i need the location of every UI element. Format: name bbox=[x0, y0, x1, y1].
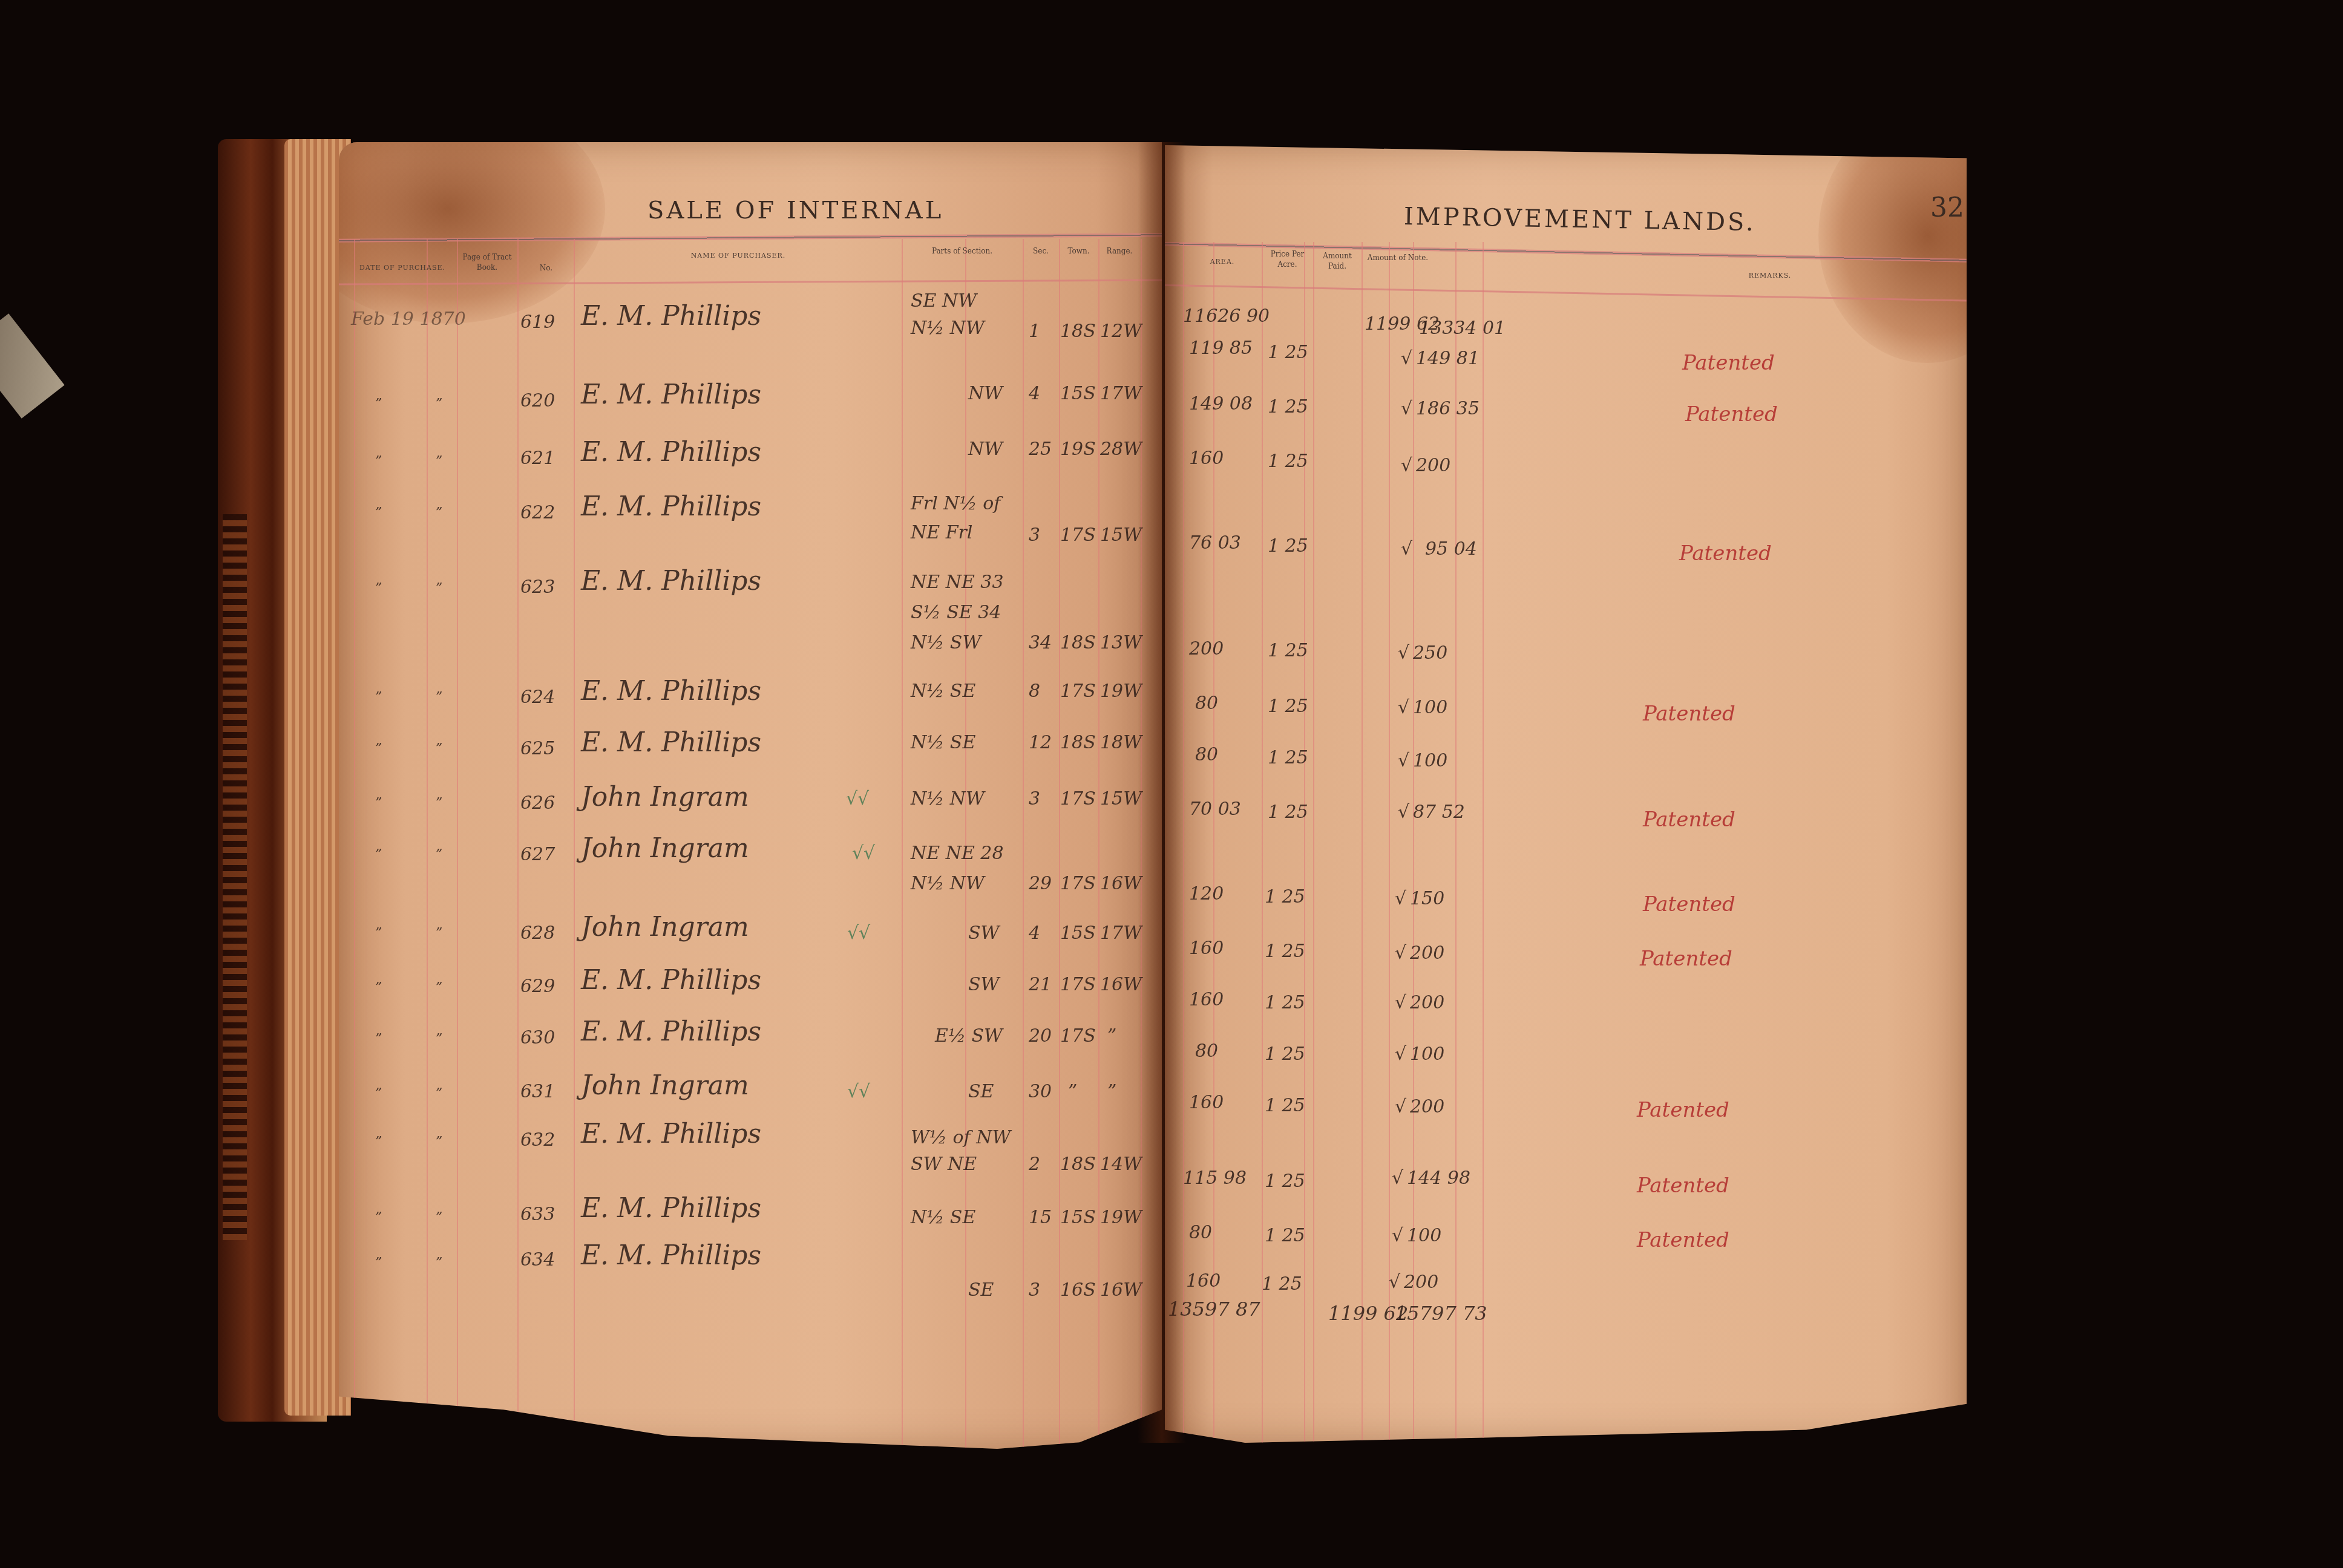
note-value: 200 bbox=[1416, 455, 1450, 476]
ditto-mark: ” bbox=[436, 1210, 442, 1225]
section-part: N½ NW bbox=[911, 788, 985, 809]
section-part: NE Frl bbox=[911, 522, 972, 543]
note-carried: 13334 01 bbox=[1419, 318, 1506, 339]
col-rule bbox=[1059, 239, 1060, 1449]
col-header-page: Page of Tract Book. bbox=[460, 252, 514, 273]
price-value: 1 25 bbox=[1262, 1273, 1302, 1295]
township: 18S bbox=[1060, 732, 1096, 753]
ditto-mark: ” bbox=[436, 690, 442, 705]
check-mark: √ bbox=[1398, 750, 1409, 771]
ditto-mark: ” bbox=[375, 1086, 382, 1101]
section-part: N½ SE bbox=[911, 681, 975, 702]
area-value: 200 bbox=[1189, 638, 1224, 659]
check-mark: √ bbox=[1395, 1096, 1406, 1117]
area-value: 70 03 bbox=[1189, 799, 1241, 820]
book-gutter bbox=[1138, 142, 1186, 1443]
area-value: 80 bbox=[1195, 744, 1218, 765]
area-value: 160 bbox=[1189, 989, 1224, 1010]
purchaser-name: John Ingram bbox=[581, 912, 749, 942]
entry-number: 630 bbox=[520, 1027, 555, 1048]
section-part: NW bbox=[968, 439, 1003, 460]
col-header-town: Town. bbox=[1059, 246, 1098, 256]
price-value: 1 25 bbox=[1265, 1095, 1305, 1116]
range: 17W bbox=[1100, 383, 1142, 404]
check-mark: √ bbox=[1398, 642, 1409, 664]
price-value: 1 25 bbox=[1265, 1044, 1305, 1065]
note-value: 200 bbox=[1410, 992, 1444, 1013]
price-value: 1 25 bbox=[1268, 535, 1308, 557]
section-number: 21 bbox=[1029, 974, 1052, 995]
section-number: 15 bbox=[1029, 1207, 1052, 1228]
ditto-mark: ” bbox=[436, 505, 442, 520]
section-number: 3 bbox=[1029, 788, 1040, 809]
check-mark: √ bbox=[1401, 455, 1412, 476]
remark-patented: Patented bbox=[1637, 1228, 1729, 1252]
check-mark: √√ bbox=[846, 788, 869, 809]
right-page-title: IMPROVEMENT LANDS. bbox=[1404, 203, 1756, 237]
check-mark: √ bbox=[1395, 992, 1406, 1013]
area-value: 160 bbox=[1189, 448, 1224, 469]
left-page: SALE OF INTERNAL DATE OF PURCHASE. Page … bbox=[339, 142, 1162, 1449]
check-mark: √ bbox=[1398, 697, 1409, 718]
note-value: 100 bbox=[1413, 750, 1447, 771]
col-rule bbox=[902, 239, 903, 1449]
col-rule bbox=[354, 239, 355, 1449]
note-value: 200 bbox=[1410, 942, 1444, 964]
entry-number: 623 bbox=[520, 577, 555, 598]
spine-tick-marks bbox=[223, 514, 247, 1240]
col-header-note: Amount of Note. bbox=[1365, 253, 1431, 263]
col-rule bbox=[457, 239, 458, 1449]
entry-number: 619 bbox=[520, 312, 555, 333]
col-header-name: NAME OF PURCHASER. bbox=[593, 251, 883, 260]
section-part: NW bbox=[968, 383, 1003, 404]
section-number: 20 bbox=[1029, 1025, 1052, 1047]
section-number: 2 bbox=[1029, 1154, 1040, 1175]
area-value: 115 98 bbox=[1183, 1168, 1247, 1189]
ditto-mark: ” bbox=[375, 1255, 382, 1270]
price-value: 1 25 bbox=[1265, 992, 1305, 1013]
section-part: N½ SE bbox=[911, 732, 975, 753]
col-rule bbox=[1313, 242, 1314, 1443]
col-header-date: DATE OF PURCHASE. bbox=[351, 263, 454, 272]
purchaser-name: E. M. Phillips bbox=[581, 437, 761, 468]
ditto-mark: ” bbox=[375, 454, 382, 469]
col-header-sec: Sec. bbox=[1023, 246, 1059, 256]
col-rule bbox=[574, 239, 575, 1449]
range: 15W bbox=[1100, 788, 1142, 809]
price-value: 1 25 bbox=[1268, 747, 1308, 768]
water-stain bbox=[339, 142, 605, 324]
note-value: 100 bbox=[1413, 697, 1447, 718]
note-value: 149 81 bbox=[1416, 348, 1480, 369]
col-header-paid: Amount Paid. bbox=[1316, 251, 1358, 272]
section-part: SW bbox=[968, 923, 999, 944]
section-number: 3 bbox=[1029, 1279, 1040, 1301]
remark-patented: Patented bbox=[1637, 1098, 1729, 1122]
entry-number: 621 bbox=[520, 448, 555, 469]
col-header-no: No. bbox=[520, 263, 572, 273]
col-header-range: Range. bbox=[1098, 246, 1141, 256]
area-value: 80 bbox=[1195, 1040, 1218, 1062]
area-value: 76 03 bbox=[1189, 532, 1241, 554]
col-rule bbox=[1389, 242, 1390, 1443]
range: 18W bbox=[1100, 732, 1142, 753]
price-value: 1 25 bbox=[1265, 1225, 1305, 1246]
note-value: 87 52 bbox=[1413, 802, 1465, 823]
entry-number: 627 bbox=[520, 844, 555, 865]
township: 17S bbox=[1060, 788, 1096, 809]
ditto-mark: ” bbox=[375, 980, 382, 995]
section-part: Frl N½ of bbox=[911, 493, 1000, 514]
entry-number: 632 bbox=[520, 1129, 555, 1151]
range: 16W bbox=[1100, 1279, 1142, 1301]
entry-number: 628 bbox=[520, 923, 555, 944]
township: 17S bbox=[1060, 681, 1096, 702]
price-value: 1 25 bbox=[1265, 1171, 1305, 1192]
ditto-mark: ” bbox=[436, 454, 442, 469]
col-header-remarks: REMARKS. bbox=[1709, 271, 1830, 280]
col-rule bbox=[1362, 242, 1363, 1443]
section-number: 25 bbox=[1029, 439, 1052, 460]
check-mark: √ bbox=[1392, 1225, 1403, 1246]
entry-number: 622 bbox=[520, 502, 555, 523]
ditto-mark: ” bbox=[375, 581, 382, 596]
ditto-mark: ” bbox=[436, 795, 442, 811]
purchaser-name: E. M. Phillips bbox=[581, 965, 761, 996]
remark-patented: Patented bbox=[1643, 808, 1735, 832]
section-number: 34 bbox=[1029, 632, 1052, 653]
note-value: 200 bbox=[1410, 1096, 1444, 1117]
note-value: 144 98 bbox=[1407, 1168, 1470, 1189]
range: 19W bbox=[1100, 1207, 1142, 1228]
area-value: 160 bbox=[1186, 1270, 1221, 1292]
col-rule bbox=[1213, 242, 1214, 1443]
township: 17S bbox=[1060, 974, 1096, 995]
ditto-mark: ” bbox=[375, 396, 382, 411]
township: ” bbox=[1068, 1081, 1077, 1102]
price-value: 1 25 bbox=[1268, 696, 1308, 717]
township: 17S bbox=[1060, 524, 1096, 546]
note-value: 100 bbox=[1407, 1225, 1441, 1246]
check-mark: √√ bbox=[847, 923, 870, 944]
ditto-mark: ” bbox=[436, 926, 442, 941]
remark-patented: Patented bbox=[1679, 541, 1772, 566]
range: 16W bbox=[1100, 873, 1142, 894]
remark-patented: Patented bbox=[1643, 702, 1735, 726]
check-mark: √ bbox=[1395, 1044, 1406, 1065]
price-value: 1 25 bbox=[1265, 941, 1305, 962]
check-mark: √ bbox=[1401, 398, 1412, 419]
ditto-mark: ” bbox=[375, 505, 382, 520]
entry-number: 620 bbox=[520, 390, 555, 411]
ditto-mark: ” bbox=[436, 1255, 442, 1270]
check-mark: √ bbox=[1401, 538, 1412, 560]
ditto-mark: ” bbox=[375, 690, 382, 705]
section-part: SW NE bbox=[911, 1154, 977, 1175]
section-number: 4 bbox=[1029, 923, 1040, 944]
ditto-mark: ” bbox=[375, 741, 382, 756]
section-number: 1 bbox=[1029, 321, 1040, 342]
check-mark: √√ bbox=[847, 1081, 870, 1102]
township: 17S bbox=[1060, 1025, 1096, 1047]
section-number: 29 bbox=[1029, 873, 1052, 894]
section-number: 12 bbox=[1029, 732, 1052, 753]
ditto-mark: ” bbox=[375, 795, 382, 811]
col-header-price: Price Per Acre. bbox=[1265, 249, 1310, 270]
purchaser-name: E. M. Phillips bbox=[581, 1119, 761, 1149]
ditto-mark: ” bbox=[375, 1134, 382, 1149]
ditto-mark: ” bbox=[436, 1031, 442, 1047]
purchaser-name: John Ingram bbox=[581, 1070, 749, 1101]
entry-number: 629 bbox=[520, 976, 555, 997]
note-value: 200 bbox=[1404, 1272, 1438, 1293]
purchaser-name: E. M. Phillips bbox=[581, 676, 761, 707]
township: 18S bbox=[1060, 632, 1096, 653]
range: 15W bbox=[1100, 524, 1142, 546]
entry-number: 633 bbox=[520, 1204, 555, 1225]
check-mark: √ bbox=[1401, 348, 1412, 369]
entry-number: 631 bbox=[520, 1081, 555, 1102]
water-stain bbox=[1818, 145, 1967, 363]
note-value: 150 bbox=[1410, 888, 1444, 909]
col-rule bbox=[1455, 242, 1457, 1443]
ditto-mark: ” bbox=[436, 581, 442, 596]
check-mark: √ bbox=[1398, 802, 1409, 823]
section-part: NE NE 28 bbox=[911, 843, 1004, 864]
price-value: 1 25 bbox=[1268, 342, 1308, 363]
check-mark: √√ bbox=[852, 843, 875, 864]
total-note: 15797 73 bbox=[1395, 1302, 1487, 1325]
entry-number: 634 bbox=[520, 1249, 555, 1270]
section-part: N½ SW bbox=[911, 632, 981, 653]
area-value: 160 bbox=[1189, 1092, 1224, 1113]
area-value: 80 bbox=[1195, 693, 1218, 714]
check-mark: √ bbox=[1389, 1272, 1400, 1293]
ditto-mark: ” bbox=[436, 1086, 442, 1101]
section-part: N½ SE bbox=[911, 1207, 975, 1228]
range: 13W bbox=[1100, 632, 1142, 653]
purchaser-name: E. M. Phillips bbox=[581, 727, 761, 758]
section-part: N½ NW bbox=[911, 318, 985, 339]
ditto-mark: ” bbox=[436, 847, 442, 862]
price-value: 1 25 bbox=[1268, 640, 1308, 661]
area-carried: 11626 90 bbox=[1183, 305, 1270, 327]
area-value: 120 bbox=[1189, 883, 1224, 904]
ditto-mark: ” bbox=[436, 1134, 442, 1149]
section-part: W½ of NW bbox=[911, 1127, 1011, 1148]
range: 28W bbox=[1100, 439, 1142, 460]
ditto-mark: ” bbox=[436, 741, 442, 756]
purchaser-name: E. M. Phillips bbox=[581, 491, 761, 522]
purchaser-name: John Ingram bbox=[581, 833, 749, 864]
check-mark: √ bbox=[1395, 942, 1406, 964]
section-part: SE NW bbox=[911, 290, 977, 312]
ditto-mark: ” bbox=[375, 1031, 382, 1047]
township: 15S bbox=[1060, 383, 1096, 404]
ditto-mark: ” bbox=[375, 1210, 382, 1225]
check-mark: √ bbox=[1395, 888, 1406, 909]
price-value: 1 25 bbox=[1268, 396, 1308, 417]
right-page: IMPROVEMENT LANDS. 32 AREA. Price Per Ac… bbox=[1165, 145, 1967, 1443]
section-number: 3 bbox=[1029, 524, 1040, 546]
col-header-parts: Parts of Section. bbox=[902, 246, 1023, 256]
ditto-mark: ” bbox=[436, 396, 442, 411]
col-rule bbox=[427, 239, 428, 1449]
area-value: 149 08 bbox=[1189, 393, 1253, 414]
check-mark: √ bbox=[1392, 1168, 1403, 1189]
price-value: 1 25 bbox=[1265, 886, 1305, 907]
section-number: 4 bbox=[1029, 383, 1040, 404]
remark-patented: Patented bbox=[1640, 947, 1732, 971]
col-rule bbox=[1483, 242, 1484, 1443]
ditto-mark: ” bbox=[375, 926, 382, 941]
purchaser-name: E. M. Phillips bbox=[581, 379, 761, 410]
section-part: SE bbox=[968, 1081, 994, 1102]
range: 19W bbox=[1100, 681, 1142, 702]
note-value: 250 bbox=[1413, 642, 1447, 664]
remark-patented: Patented bbox=[1637, 1174, 1729, 1198]
remark-patented: Patented bbox=[1643, 892, 1735, 916]
col-rule bbox=[1304, 242, 1305, 1443]
township: 19S bbox=[1060, 439, 1096, 460]
col-rule bbox=[1098, 239, 1099, 1449]
remark-patented: Patented bbox=[1682, 351, 1775, 375]
range: ” bbox=[1107, 1025, 1116, 1047]
price-value: 1 25 bbox=[1268, 451, 1308, 472]
ditto-mark: ” bbox=[436, 980, 442, 995]
entry-number: 625 bbox=[520, 738, 555, 759]
township: 16S bbox=[1060, 1279, 1096, 1301]
col-rule bbox=[517, 239, 519, 1449]
purchaser-name: E. M. Phillips bbox=[581, 301, 761, 332]
entry-number: 624 bbox=[520, 687, 555, 708]
purchaser-name: E. M. Phillips bbox=[581, 1240, 761, 1271]
range: ” bbox=[1107, 1081, 1116, 1102]
col-header-area: AREA. bbox=[1183, 257, 1262, 266]
section-part: E½ SW bbox=[935, 1025, 1003, 1047]
remark-patented: Patented bbox=[1685, 402, 1778, 426]
paper-strip bbox=[0, 313, 65, 419]
township: 18S bbox=[1060, 1154, 1096, 1175]
col-rule bbox=[1023, 239, 1024, 1449]
left-page-title: SALE OF INTERNAL bbox=[647, 197, 943, 224]
purchaser-name: E. M. Phillips bbox=[581, 566, 761, 596]
township: 15S bbox=[1060, 923, 1096, 944]
ditto-mark: ” bbox=[375, 847, 382, 862]
price-value: 1 25 bbox=[1268, 802, 1308, 823]
purchaser-name: E. M. Phillips bbox=[581, 1016, 761, 1047]
col-rule bbox=[1262, 242, 1263, 1443]
township: 15S bbox=[1060, 1207, 1096, 1228]
purchaser-name: E. M. Phillips bbox=[581, 1193, 761, 1224]
section-part: S½ SE 34 bbox=[911, 602, 1001, 623]
township: 18S bbox=[1060, 321, 1096, 342]
note-value: 100 bbox=[1410, 1044, 1444, 1065]
col-rule bbox=[1413, 242, 1414, 1443]
section-number: 30 bbox=[1029, 1081, 1052, 1102]
section-part: SE bbox=[968, 1279, 994, 1301]
range: 16W bbox=[1100, 974, 1142, 995]
range: 12W bbox=[1100, 321, 1142, 342]
range: 17W bbox=[1100, 923, 1142, 944]
entry-number: 626 bbox=[520, 792, 555, 814]
section-part: N½ NW bbox=[911, 873, 985, 894]
section-part: SW bbox=[968, 974, 999, 995]
section-number: 8 bbox=[1029, 681, 1040, 702]
purchase-date: Feb 19 1870 bbox=[351, 309, 466, 330]
note-value: 95 04 bbox=[1425, 538, 1477, 560]
purchaser-name: John Ingram bbox=[581, 782, 749, 812]
section-part: NE NE 33 bbox=[911, 572, 1004, 593]
note-value: 186 35 bbox=[1416, 398, 1480, 419]
area-value: 80 bbox=[1189, 1222, 1212, 1243]
area-value: 160 bbox=[1189, 938, 1224, 959]
area-value: 119 85 bbox=[1189, 338, 1253, 359]
township: 17S bbox=[1060, 873, 1096, 894]
range: 14W bbox=[1100, 1154, 1142, 1175]
page-number: 32 bbox=[1930, 192, 1964, 223]
